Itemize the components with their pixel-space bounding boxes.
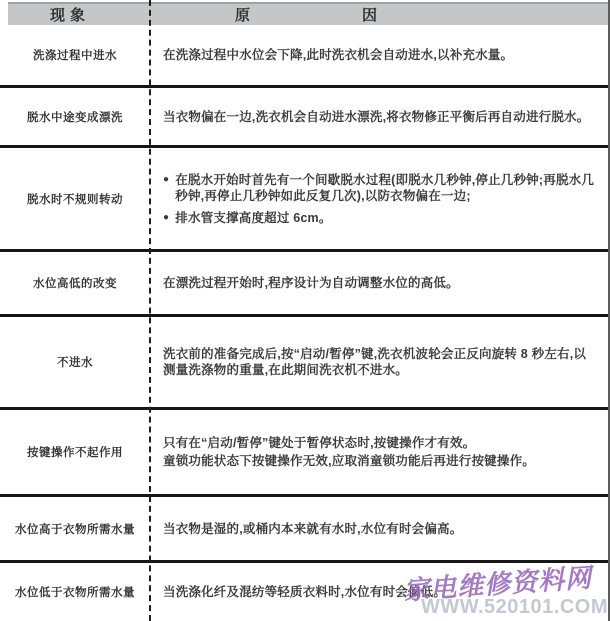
cause-bullet-item: ● 在脱水开始时首先有一个间歇脱水过程(即脱水几秒钟,停止几秒钟;再脱水几秒钟,… <box>163 172 596 204</box>
cause-cell: 当衣物是湿的,或桶内本来就有水时,水位有时会偏高。 <box>150 497 610 560</box>
phenomenon-cell: 不进水 <box>0 317 150 407</box>
cause-text: 排水管支撑高度超过 6cm。 <box>175 210 331 226</box>
table-header-row: 现象 原 因 <box>0 0 610 25</box>
table-row: 水位高于衣物所需水量 当衣物是湿的,或桶内本来就有水时,水位有时会偏高。 <box>0 497 610 563</box>
phenomenon-cell: 脱水中途变成漂洗 <box>0 88 150 145</box>
table-row: 按键操作不起作用 只有在“启动/暂停”键处于暂停状态时,按键操作才有效。 童锁功… <box>0 410 610 497</box>
table-row: 水位低于衣物所需水量 当洗涤化纤及混纺等轻质衣料时,水位有时会偏低。 <box>0 563 610 621</box>
cause-cell: ● 在脱水开始时首先有一个间歇脱水过程(即脱水几秒钟,停止几秒钟;再脱水几秒钟,… <box>150 148 610 249</box>
cause-text: 当衣物是湿的,或桶内本来就有水时,水位有时会偏高。 <box>163 521 596 537</box>
phenomenon-cell: 水位低于衣物所需水量 <box>0 563 150 621</box>
header-cause-char-2: 因 <box>362 4 377 25</box>
cause-cell: 当洗涤化纤及混纺等轻质衣料时,水位有时会偏低。 <box>150 563 610 621</box>
cause-cell: 只有在“启动/暂停”键处于暂停状态时,按键操作才有效。 童锁功能状态下按键操作无… <box>150 410 610 494</box>
header-cause: 原 因 <box>150 4 610 25</box>
table-row: 不进水 洗衣前的准备完成后,按“启动/暂停”键,洗衣机波轮会正反向旋转 8 秒左… <box>0 317 610 410</box>
phenomenon-cell: 水位高低的改变 <box>0 252 150 314</box>
phenomenon-cell: 洗涤过程中进水 <box>0 25 150 85</box>
cause-text: 洗衣前的准备完成后,按“启动/暂停”键,洗衣机波轮会正反向旋转 8 秒左右,以测… <box>163 346 596 378</box>
table-row: 洗涤过程中进水 在洗涤过程中水位会下降,此时洗衣机会自动进水,以补充水量。 <box>0 25 610 88</box>
table-header-band: 现象 原 因 <box>8 2 610 25</box>
phenomenon-cell: 水位高于衣物所需水量 <box>0 497 150 560</box>
cause-cell: 在洗涤过程中水位会下降,此时洗衣机会自动进水,以补充水量。 <box>150 25 610 85</box>
table-row: 脱水时不规则转动 ● 在脱水开始时首先有一个间歇脱水过程(即脱水几秒钟,停止几秒… <box>0 148 610 252</box>
bullet-icon: ● <box>163 210 169 226</box>
phenomenon-cell: 脱水时不规则转动 <box>0 148 150 249</box>
header-cause-char-1: 原 <box>235 4 250 25</box>
cause-text: 当洗涤化纤及混纺等轻质衣料时,水位有时会偏低。 <box>163 584 596 600</box>
cause-bullet-item: ● 排水管支撑高度超过 6cm。 <box>163 210 596 226</box>
cause-cell: 当衣物偏在一边,洗衣机会自动进水漂洗,将衣物修正平衡后再自动进行脱水。 <box>150 88 610 145</box>
cause-text: 当衣物偏在一边,洗衣机会自动进水漂洗,将衣物修正平衡后再自动进行脱水。 <box>163 109 596 125</box>
cause-text: 只有在“启动/暂停”键处于暂停状态时,按键操作才有效。 <box>163 435 596 451</box>
header-phenomenon: 现象 <box>8 4 150 25</box>
table-row: 水位高低的改变 在漂洗过程开始时,程序设计为自动调整水位的高低。 <box>0 252 610 317</box>
cause-text: 在漂洗过程开始时,程序设计为自动调整水位的高低。 <box>163 275 596 291</box>
phenomenon-cell: 按键操作不起作用 <box>0 410 150 494</box>
cause-cell: 洗衣前的准备完成后,按“启动/暂停”键,洗衣机波轮会正反向旋转 8 秒左右,以测… <box>150 317 610 407</box>
bullet-icon: ● <box>163 172 169 204</box>
cause-text: 在洗涤过程中水位会下降,此时洗衣机会自动进水,以补充水量。 <box>163 47 596 63</box>
table-row: 脱水中途变成漂洗 当衣物偏在一边,洗衣机会自动进水漂洗,将衣物修正平衡后再自动进… <box>0 88 610 148</box>
cause-text: 在脱水开始时首先有一个间歇脱水过程(即脱水几秒钟,停止几秒钟;再脱水几秒钟,再停… <box>175 172 596 204</box>
troubleshooting-table-page: 现象 原 因 洗涤过程中进水 在洗涤过程中水位会下降,此时洗衣机会自动进水,以补… <box>0 0 610 621</box>
cause-text: 童锁功能状态下按键操作无效,应取消童锁功能后再进行按键操作。 <box>163 453 596 469</box>
cause-cell: 在漂洗过程开始时,程序设计为自动调整水位的高低。 <box>150 252 610 314</box>
